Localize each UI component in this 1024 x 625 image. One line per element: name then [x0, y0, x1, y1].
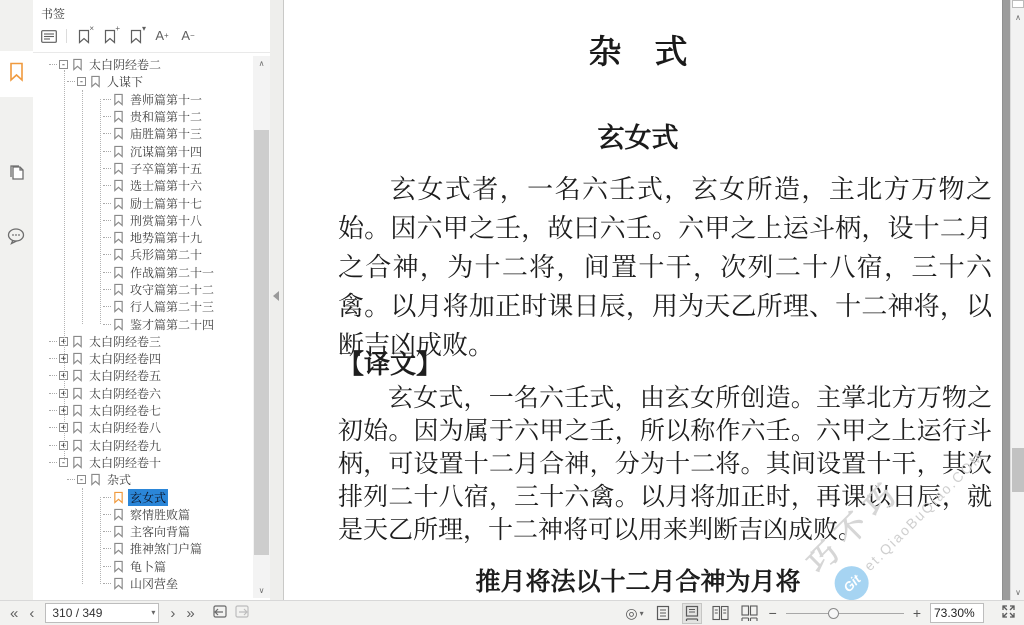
bookmark-icon: [72, 335, 83, 348]
bookmark-panel-menu-icon[interactable]: [40, 27, 58, 45]
bookmark-tree-item[interactable]: -人谋下: [33, 73, 253, 90]
first-page-button[interactable]: «: [10, 606, 18, 621]
tree-connector: [103, 324, 111, 325]
bookmark-icon: [113, 231, 124, 244]
bookmark-icon: [113, 525, 124, 538]
next-view-icon[interactable]: [234, 604, 252, 623]
tree-connector: [103, 272, 111, 273]
bookmark-icon: [72, 456, 83, 469]
bookmark-tree-item[interactable]: +太白阴经卷五: [33, 367, 253, 384]
bookmark-label[interactable]: 察情胜败篇: [128, 506, 192, 523]
page-number-input[interactable]: [50, 604, 138, 622]
bookmark-tree-item[interactable]: 兵形篇第二十: [33, 246, 253, 263]
bookmark-tree-item[interactable]: -太白阴经卷二: [33, 56, 253, 73]
bookmark-icon: [72, 387, 83, 400]
document-area: 杂 式 玄女式 玄女式者，一名六壬式，玄女所造，主北方万物之始。因六甲之壬，故曰…: [284, 0, 1010, 600]
tree-connector: [49, 375, 57, 376]
tree-connector: [103, 289, 111, 290]
pages-icon: [8, 163, 26, 188]
tree-connector: [67, 81, 75, 82]
bookmark-tree-item[interactable]: 子卒篇第十五: [33, 160, 253, 177]
tree-guide: [100, 99, 101, 324]
zoom-level-input[interactable]: [931, 604, 982, 622]
tree-connector: [67, 479, 75, 480]
tree-connector: [103, 116, 111, 117]
bookmark-icon: [113, 179, 124, 192]
bookmark-tree-item[interactable]: 庙胜篇第十三: [33, 125, 253, 142]
bookmark-label[interactable]: 太白阴经卷六: [87, 385, 163, 402]
bookmark-label[interactable]: 太白阴经卷五: [87, 367, 163, 384]
tree-connector: [103, 237, 111, 238]
tree-connector: [103, 133, 111, 134]
bookmark-icon: [72, 439, 83, 452]
bookmark-tree-item[interactable]: 主客向背篇: [33, 523, 253, 540]
comment-icon: [7, 227, 27, 250]
continuous-facing-view-icon[interactable]: [740, 603, 760, 624]
section-title: 玄女式: [284, 116, 992, 155]
collapse-node-toggle[interactable]: -: [77, 77, 86, 86]
bookmark-tree-item[interactable]: +太白阴经卷九: [33, 437, 253, 454]
zoom-out-button[interactable]: −: [769, 606, 777, 620]
bookmark-label[interactable]: 杂式: [105, 471, 133, 488]
next-page-button[interactable]: ›: [170, 606, 175, 621]
bookmark-label[interactable]: 太白阴经卷十: [87, 454, 163, 471]
facing-view-icon[interactable]: [711, 603, 731, 624]
tree-connector: [103, 168, 111, 169]
bookmark-icon: [113, 300, 124, 313]
zoom-slider[interactable]: [786, 608, 904, 619]
closing-line: 推月将法以十二月合神为月将: [284, 562, 992, 598]
bookmark-tree-item[interactable]: +太白阴经卷六: [33, 385, 253, 402]
bookmark-icon: [113, 248, 124, 261]
scrollbar-thumb[interactable]: [1012, 448, 1024, 492]
bookmark-label[interactable]: 太白阴经卷七: [87, 402, 163, 419]
bookmark-tree-item[interactable]: 玄女式: [33, 488, 253, 505]
bookmark-tree-item[interactable]: +太白阴经卷八: [33, 419, 253, 436]
bookmark-label[interactable]: 庙胜篇第十三: [128, 125, 204, 142]
bookmark-label[interactable]: 选士篇第十六: [128, 177, 204, 194]
bookmark-tree-item[interactable]: 贵和篇第十二: [33, 108, 253, 125]
chapter-title: 杂 式: [284, 26, 992, 73]
previous-view-icon[interactable]: [210, 604, 228, 623]
bookmark-label[interactable]: 地势篇第十九: [128, 229, 204, 246]
bookmark-icon: [113, 127, 124, 140]
chevron-down-icon[interactable]: ▾: [151, 608, 155, 617]
tree-connector: [49, 393, 57, 394]
scroll-up-icon[interactable]: ∧: [253, 56, 270, 71]
pages-tab[interactable]: [0, 152, 33, 198]
status-bar: « ‹ ▾ › » ◎ ▾: [0, 600, 1024, 625]
scroll-down-icon[interactable]: ∨: [1011, 585, 1024, 600]
bookmark-tree-item[interactable]: 刑赏篇第十八: [33, 212, 253, 229]
scrollbar-corner: [1012, 0, 1024, 8]
tree-connector: [103, 254, 111, 255]
decrease-text-size-icon[interactable]: A−: [179, 27, 197, 45]
zoom-level-box: [930, 603, 984, 623]
bookmark-icon: [113, 577, 124, 590]
bookmark-label[interactable]: 子卒篇第十五: [128, 160, 204, 177]
page-number-box: ▾: [45, 603, 159, 623]
tree-connector: [103, 185, 111, 186]
bookmark-tree-item[interactable]: -杂式: [33, 471, 253, 488]
bookmark-icon: [72, 369, 83, 382]
bookmark-tree-item[interactable]: 地势篇第十九: [33, 229, 253, 246]
bookmark-tree-item[interactable]: 沉谋篇第十四: [33, 142, 253, 159]
bookmark-label[interactable]: 太白阴经卷二: [87, 56, 163, 73]
last-page-button[interactable]: »: [186, 606, 194, 621]
bookmark-label[interactable]: 刑赏篇第十八: [128, 212, 204, 229]
translation-paragraph: 玄女式，一名六壬式，由玄女所创造。主掌北方万物之初始。因为属于六甲之壬，所以称作…: [338, 382, 992, 547]
bookmark-icon: [8, 62, 25, 87]
increase-text-size-icon[interactable]: A+: [153, 27, 171, 45]
collapse-node-toggle[interactable]: -: [77, 475, 86, 484]
tree-connector: [103, 220, 111, 221]
panel-scrollbar[interactable]: ∧ ∨: [253, 56, 270, 598]
tree-connector: [103, 531, 111, 532]
bookmark-label[interactable]: 推神煞门户篇: [128, 540, 204, 557]
bookmark-tree-item[interactable]: 善师篇第十一: [33, 91, 253, 108]
tree-connector: [103, 151, 111, 152]
chevron-down-icon: ▾: [640, 609, 644, 618]
toolbar-separator: [66, 29, 67, 43]
tree-connector: [49, 64, 57, 65]
bookmark-tree-item[interactable]: 鉴才篇第二十四: [33, 315, 253, 332]
add-bookmark-icon[interactable]: +: [101, 27, 119, 45]
bookmark-icon: [113, 318, 124, 331]
bookmark-icon: [113, 214, 124, 227]
bookmarks-toolbar: × + ▾ A+ A−: [40, 24, 197, 48]
bookmark-tree-item[interactable]: +太白阴经卷四: [33, 350, 253, 367]
eye-icon: ◎: [625, 605, 637, 622]
bookmark-icon: [90, 473, 101, 486]
bookmark-icon: [113, 491, 124, 504]
bookmark-label[interactable]: 太白阴经卷四: [87, 350, 163, 367]
tree-connector: [49, 445, 57, 446]
panel-splitter[interactable]: [270, 0, 284, 600]
tree-connector: [49, 410, 57, 411]
bookmark-icon: [113, 283, 124, 296]
tree-connector: [103, 514, 111, 515]
bookmark-icon: [113, 266, 124, 279]
collapse-panel-icon[interactable]: [273, 291, 279, 301]
tree-connector: [103, 583, 111, 584]
bookmark-label[interactable]: 鉴才篇第二十四: [128, 316, 216, 333]
bookmark-label[interactable]: 人谋下: [105, 73, 145, 90]
scrollbar-thumb[interactable]: [254, 130, 269, 555]
bookmark-tree-item[interactable]: +太白阴经卷三: [33, 333, 253, 350]
comments-tab[interactable]: [0, 215, 33, 261]
panel-title: 书签: [41, 5, 65, 22]
bookmark-icon: [113, 145, 124, 158]
bookmark-label[interactable]: 太白阴经卷八: [87, 419, 163, 436]
tree-connector: [103, 99, 111, 100]
tree-connector: [103, 497, 111, 498]
bookmark-icon: [90, 75, 101, 88]
single-page-view-icon[interactable]: [653, 603, 673, 624]
bookmark-actions-icon[interactable]: ▾: [127, 27, 145, 45]
panel-divider: [33, 52, 270, 53]
translation-label: 【译文】: [338, 344, 442, 381]
bookmark-tree-item[interactable]: 行人篇第二十三: [33, 298, 253, 315]
bookmark-label[interactable]: 玄女式: [128, 489, 168, 506]
bookmark-tree-item[interactable]: 山冈营垒: [33, 575, 253, 592]
bookmark-icon: [113, 542, 124, 555]
bookmark-label[interactable]: 龟卜篇: [128, 558, 168, 575]
zoom-in-button[interactable]: +: [913, 606, 921, 620]
bookmark-tree-item[interactable]: 推神煞门户篇: [33, 540, 253, 557]
bookmark-tree-item[interactable]: -太白阴经卷十: [33, 454, 253, 471]
tree-guide: [82, 488, 83, 584]
bookmark-label[interactable]: 主客向背篇: [128, 523, 192, 540]
tree-connector: [49, 427, 57, 428]
tree-connector: [103, 566, 111, 567]
bookmark-tree-item[interactable]: 选士篇第十六: [33, 177, 253, 194]
scroll-up-icon[interactable]: ∧: [1011, 10, 1024, 25]
tree-connector: [49, 341, 57, 342]
view-mode-menu[interactable]: ◎ ▾: [625, 605, 643, 622]
zoom-slider-knob[interactable]: [828, 608, 839, 619]
bookmark-icon: [72, 421, 83, 434]
bookmark-label[interactable]: 兵形篇第二十: [128, 246, 204, 263]
bookmark-label[interactable]: 善师篇第十一: [128, 91, 204, 108]
tree-connector: [103, 306, 111, 307]
bookmark-tree-item[interactable]: +太白阴经卷七: [33, 402, 253, 419]
tree-connector: [103, 203, 111, 204]
bookmark-label[interactable]: 励士篇第十七: [128, 195, 204, 212]
bookmark-tree-item[interactable]: 龟卜篇: [33, 558, 253, 575]
bookmark-tree-item[interactable]: 察情胜败篇: [33, 506, 253, 523]
tree-guide: [82, 90, 83, 324]
tree-connector: [103, 548, 111, 549]
bookmark-icon: [72, 404, 83, 417]
bookmark-icon: [113, 508, 124, 521]
bookmark-label[interactable]: 沉谋篇第十四: [128, 143, 204, 160]
continuous-view-icon[interactable]: [682, 603, 702, 624]
bookmark-label[interactable]: 行人篇第二十三: [128, 298, 216, 315]
bookmark-icon: [113, 93, 124, 106]
tree-connector: [49, 358, 57, 359]
bookmark-tree-item[interactable]: 作战篇第二十一: [33, 264, 253, 281]
bookmark-icon: [113, 110, 124, 123]
document-page: 杂 式 玄女式 玄女式者，一名六壬式，玄女所造，主北方万物之始。因六甲之壬，故曰…: [284, 0, 1003, 600]
fullscreen-icon[interactable]: [1001, 604, 1016, 622]
bookmark-tree-item[interactable]: 攻守篇第二十二: [33, 281, 253, 298]
bookmark-icon: [113, 162, 124, 175]
bookmark-tree-item[interactable]: 励士篇第十七: [33, 194, 253, 211]
bookmark-label[interactable]: 攻守篇第二十二: [128, 281, 216, 298]
bookmark-tree: -太白阴经卷二-人谋下善师篇第十一贵和篇第十二庙胜篇第十三沉谋篇第十四子卒篇第十…: [33, 56, 253, 598]
bookmark-icon: [72, 352, 83, 365]
tree-guide: [64, 70, 65, 460]
bookmarks-panel: 书签 × + ▾ A+ A− -太白阴经卷二-人谋下善师篇第十一贵和篇第十二庙胜…: [33, 0, 270, 600]
bookmark-label[interactable]: 贵和篇第十二: [128, 108, 204, 125]
scroll-down-icon[interactable]: ∨: [253, 583, 270, 598]
bookmark-icon: [72, 58, 83, 71]
document-scrollbar[interactable]: ∧ ∨: [1010, 0, 1024, 600]
collapse-node-toggle[interactable]: -: [59, 60, 68, 69]
collapse-bookmark-icon[interactable]: ×: [75, 27, 93, 45]
bookmark-label[interactable]: 太白阴经卷九: [87, 437, 163, 454]
bookmarks-tab[interactable]: [0, 51, 33, 97]
bookmark-icon: [113, 560, 124, 573]
bookmark-label[interactable]: 山冈营垒: [128, 575, 180, 592]
previous-page-button[interactable]: ‹: [29, 606, 34, 621]
tree-connector: [49, 462, 57, 463]
tree-guide: [100, 497, 101, 584]
bookmark-label[interactable]: 作战篇第二十一: [128, 264, 216, 281]
bookmark-label[interactable]: 太白阴经卷三: [87, 333, 163, 350]
sidebar-rail: [0, 0, 34, 600]
bookmark-icon: [113, 197, 124, 210]
body-paragraph: 玄女式者，一名六壬式，玄女所造，主北方万物之始。因六甲之壬，故曰六壬。六甲之上运…: [338, 170, 992, 365]
